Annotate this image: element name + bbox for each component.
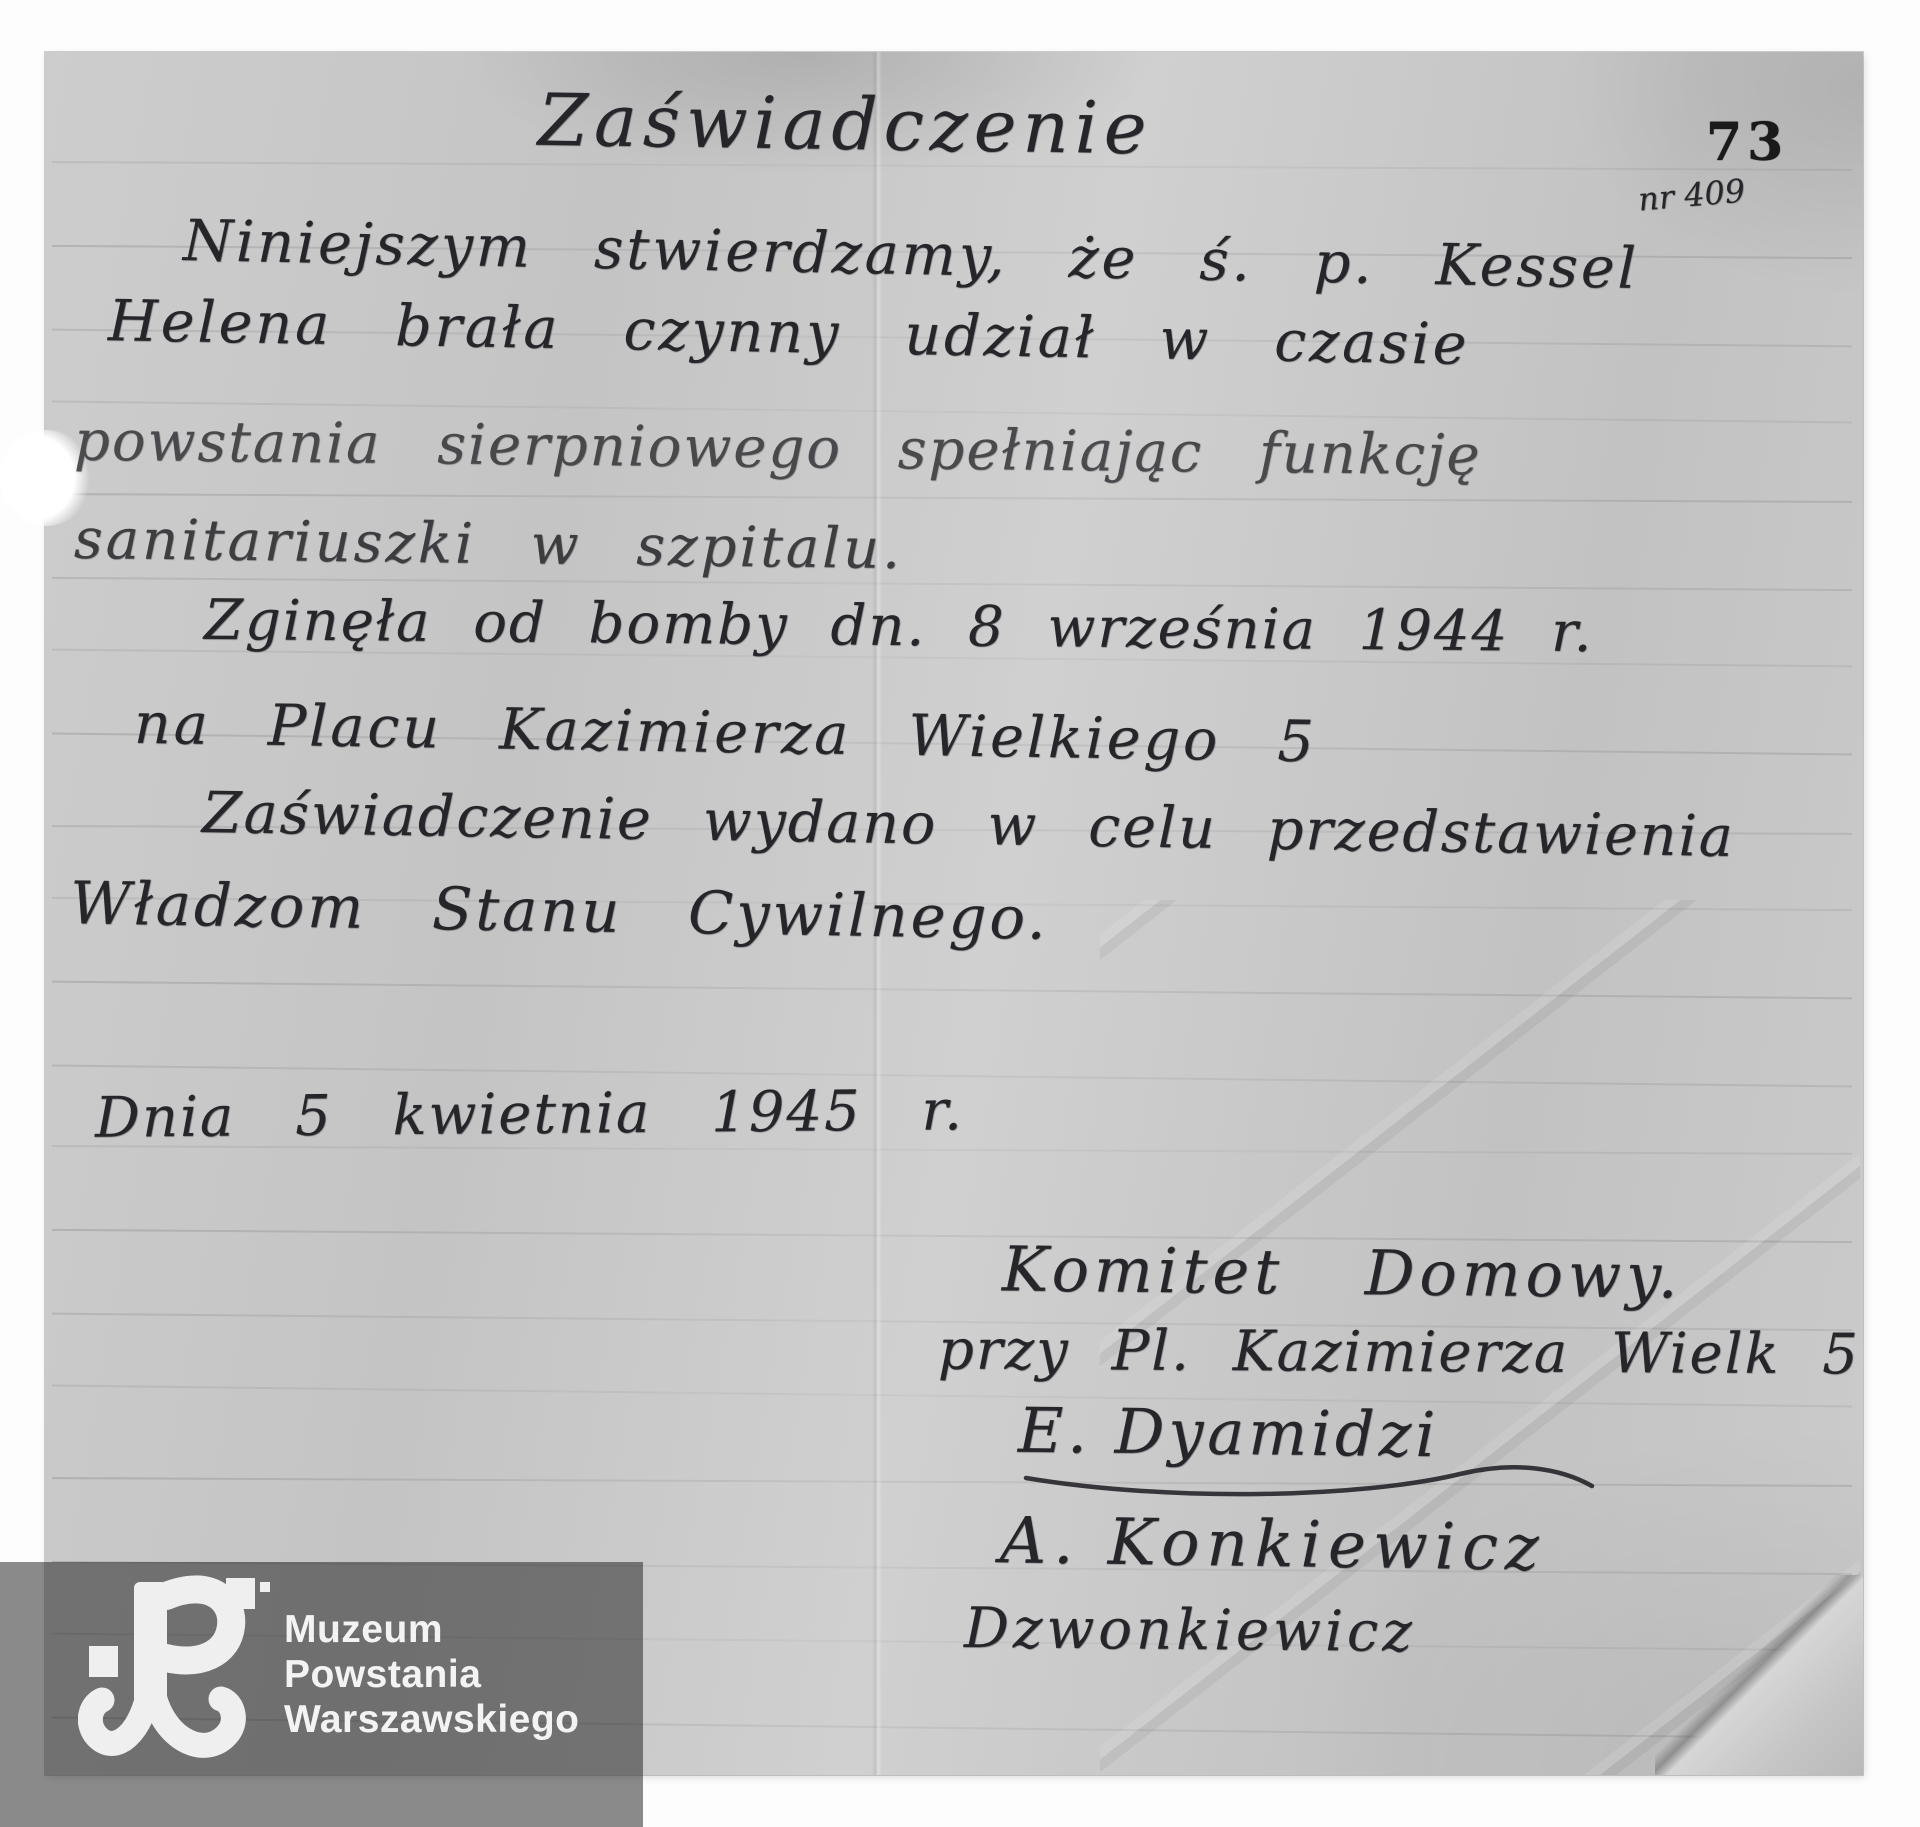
museum-name-line-3: Warszawskiego [284,1697,580,1742]
museum-name-line-1: Muzeum [284,1607,580,1652]
date-line: Dnia 5 kwietnia 1945 r. [95,1078,964,1151]
kotwica-pw-logo-icon [78,1572,270,1774]
document-title: Zaświadczenie [537,78,1153,171]
issuer-line-2: przy Pl. Kazimierza Wielk 5 [938,1318,1860,1388]
handwritten-line-4: sanitariuszki w szpitalu. [74,507,904,582]
signature-text-2: A. Konkiewicz [1000,1504,1547,1586]
signature-text-3: Dzwonkiewicz [964,1596,1416,1665]
signature-flourish-icon [1020,1452,1600,1506]
museum-name-line-2: Powstania [284,1652,580,1697]
scanned-document-page: 73 nr 409 Zaświadczenie Niniejszym stwie… [0,0,1920,1827]
registry-number-stamp: 73 [1706,112,1788,173]
folded-corner [1655,1575,1863,1775]
handwritten-line-5: Zginęła od bomby dn. 8 września 1944 r. [204,588,1594,665]
issuer-line-1: Komitet Domowy. [1002,1232,1683,1312]
museum-name: Muzeum Powstania Warszawskiego [284,1607,580,1742]
